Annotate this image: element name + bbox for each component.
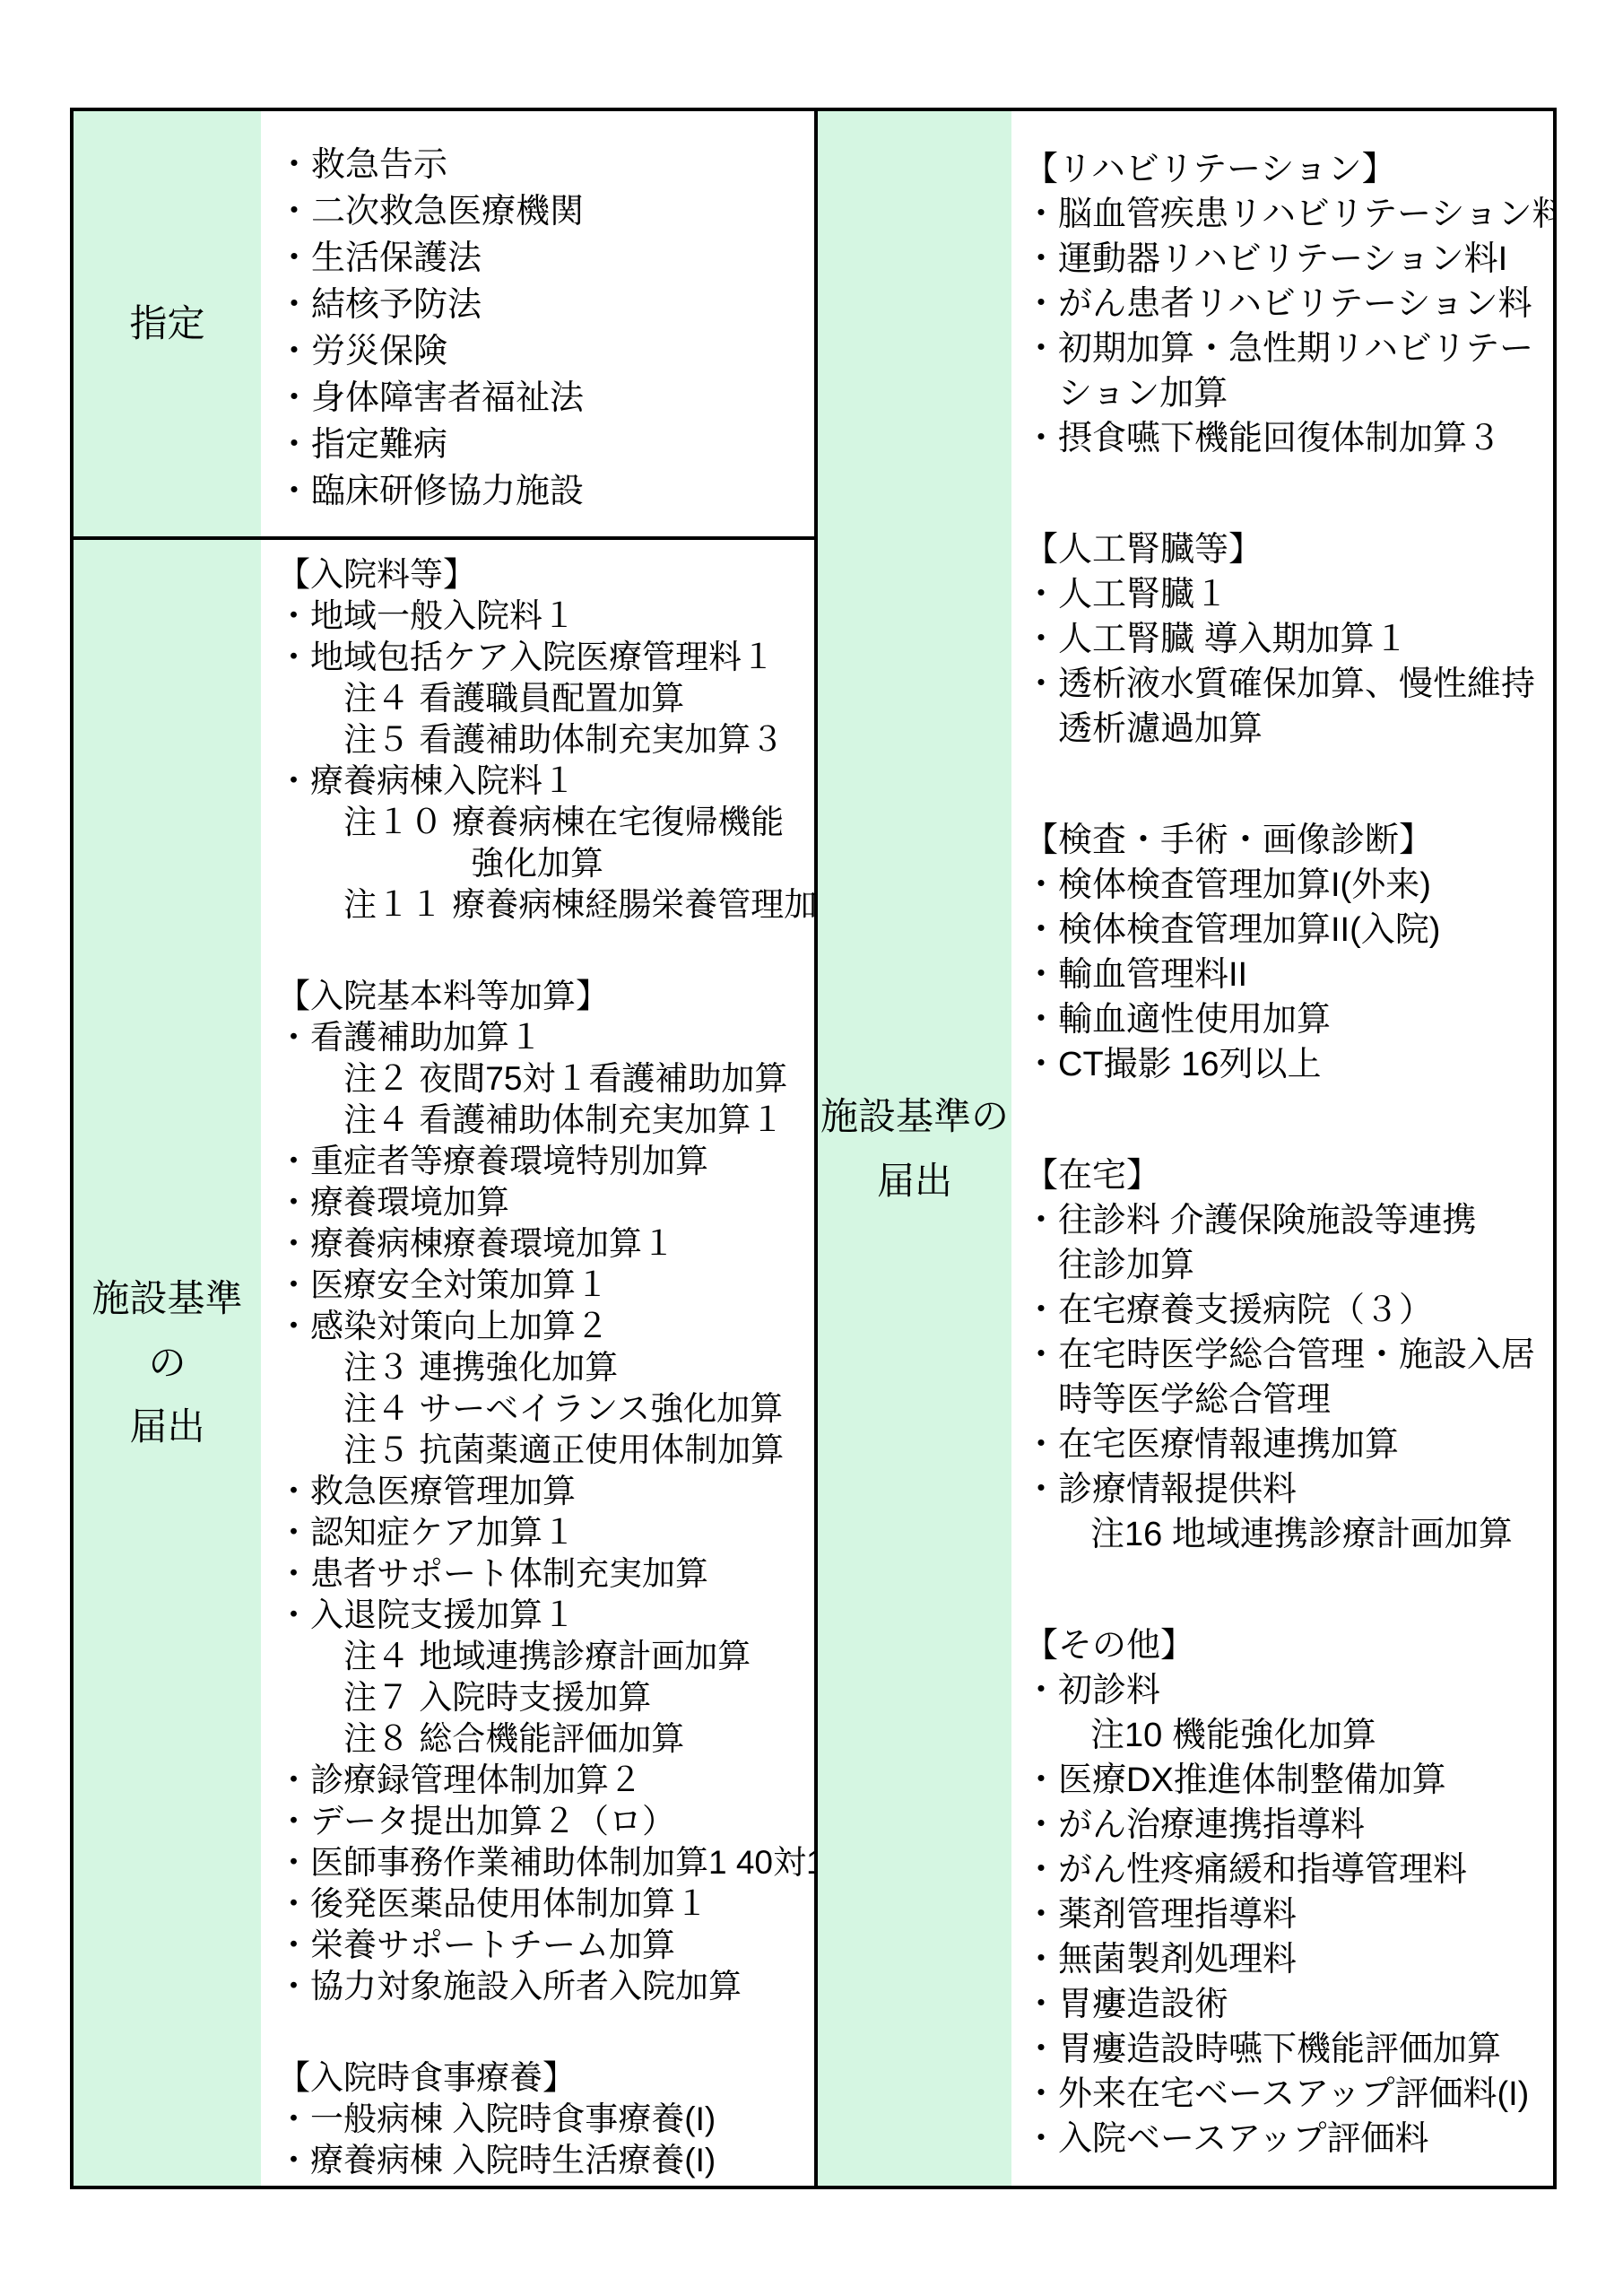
- list-line: ・検体検査管理加算I(外来): [1024, 863, 1553, 908]
- list-line: ・無菌製剤処理料: [1024, 1937, 1553, 1982]
- list-line: ・療養病棟 入院時生活療養(I): [277, 2140, 814, 2181]
- list-line: ・薬剤管理指導料: [1024, 1892, 1553, 1937]
- list-line: ・救急医療管理加算: [277, 1471, 814, 1512]
- list-line: ・胃瘻造設時嚥下機能評価加算: [1024, 2027, 1553, 2072]
- list-line: ・運動器リハビリテーション料I: [1024, 237, 1553, 282]
- list-line: ・CT撮影 16列以上: [1024, 1042, 1553, 1087]
- list-line: ・臨床研修協力施設: [277, 468, 814, 515]
- blank-line: [277, 926, 814, 976]
- list-line: 注７ 入院時支援加算: [277, 1677, 814, 1718]
- list-line: ・往診料 介護保険施設等連携: [1024, 1198, 1553, 1243]
- list-line: ・在宅医療情報連携加算: [1024, 1422, 1553, 1467]
- list-line: ・データ提出加算２（ロ）: [277, 1801, 814, 1842]
- list-line: 強化加算: [277, 843, 814, 884]
- list-line: ション加算: [1024, 371, 1553, 416]
- list-line: 注５ 抗菌薬適正使用体制加算: [277, 1430, 814, 1471]
- list-line: ・がん患者リハビリテーション料: [1024, 282, 1553, 326]
- list-line: 注５ 看護補助体制充実加算３: [277, 719, 814, 761]
- list-line: ・入院ベースアップ評価料: [1024, 2117, 1553, 2161]
- list-line: ・輸血管理料II: [1024, 952, 1553, 997]
- blank-line: [277, 2007, 814, 2057]
- list-line: ・栄養サポートチーム加算: [277, 1925, 814, 1966]
- list-line: ・入退院支援加算１: [277, 1595, 814, 1636]
- list-line: 往診加算: [1024, 1243, 1553, 1288]
- list-line: ・人工腎臓１: [1024, 572, 1553, 617]
- list-line: ・透析液水質確保加算、慢性維持: [1024, 662, 1553, 707]
- blank-line: [1024, 1557, 1553, 1623]
- list-line: 注８ 総合機能評価加算: [277, 1718, 814, 1760]
- list-line: ・医師事務作業補助体制加算1 40対1: [277, 1842, 814, 1883]
- list-line: ・療養病棟療養環境加算１: [277, 1223, 814, 1265]
- list-line: ・在宅時医学総合管理・施設入居: [1024, 1333, 1553, 1378]
- list-line: ・認知症ケア加算１: [277, 1512, 814, 1553]
- blank-line: [1024, 461, 1553, 527]
- list-line: 【人工腎臓等】: [1024, 527, 1553, 572]
- list-line: 注４ サーベイランス強化加算: [277, 1388, 814, 1430]
- list-line: ・看護補助加算１: [277, 1017, 814, 1058]
- list-line: ・救急告示: [277, 142, 814, 188]
- list-line: ・協力対象施設入所者入院加算: [277, 1966, 814, 2007]
- list-line: 注１１ 療養病棟経腸栄養管理加算: [277, 884, 814, 926]
- list-line: 【検査・手術・画像診断】: [1024, 818, 1553, 863]
- list-line: ・診療録管理体制加算２: [277, 1760, 814, 1801]
- list-line: ・生活保護法: [277, 235, 814, 282]
- list-line: 【入院時食事療養】: [277, 2057, 814, 2099]
- row-label-facility-standards-left: 施設基準の 届出: [74, 540, 261, 2186]
- list-line: ・輸血適性使用加算: [1024, 997, 1553, 1042]
- list-line: ・地域包括ケア入院医療管理料１: [277, 637, 814, 678]
- list-line: 【入院基本料等加算】: [277, 976, 814, 1017]
- facility-standards-table: 指定 ・救急告示・二次救急医療機関・生活保護法・結核予防法・労災保険・身体障害者…: [70, 108, 1557, 2189]
- list-line: 注２ 夜間75対１看護補助加算: [277, 1058, 814, 1100]
- list-line: ・摂食嚥下機能回復体制加算３: [1024, 416, 1553, 461]
- list-line: ・初期加算・急性期リハビリテー: [1024, 326, 1553, 371]
- list-line: ・身体障害者福祉法: [277, 375, 814, 422]
- list-line: ・がん性疼痛緩和指導管理料: [1024, 1848, 1553, 1892]
- designation-list: ・救急告示・二次救急医療機関・生活保護法・結核予防法・労災保険・身体障害者福祉法…: [261, 111, 818, 540]
- list-line: 注４ 看護補助体制充実加算１: [277, 1100, 814, 1141]
- list-line: ・地域一般入院料１: [277, 596, 814, 637]
- list-line: ・二次救急医療機関: [277, 188, 814, 235]
- list-line: ・医療安全対策加算１: [277, 1265, 814, 1306]
- list-line: ・がん治療連携指導料: [1024, 1803, 1553, 1848]
- list-line: ・診療情報提供料: [1024, 1467, 1553, 1512]
- blank-line: [1024, 752, 1553, 818]
- list-line: ・療養病棟入院料１: [277, 761, 814, 802]
- list-line: ・重症者等療養環境特別加算: [277, 1141, 814, 1182]
- list-line: ・在宅療養支援病院（３）: [1024, 1288, 1553, 1333]
- list-line: ・胃瘻造設術: [1024, 1982, 1553, 2027]
- list-line: 【リハビリテーション】: [1024, 147, 1553, 192]
- list-line: 注４ 看護職員配置加算: [277, 678, 814, 719]
- list-line: 注10 機能強化加算: [1024, 1713, 1553, 1758]
- list-line: ・後発医薬品使用体制加算１: [277, 1883, 814, 1925]
- facility-standards-list-right: 【リハビリテーション】・脳血管疾患リハビリテーション料II・運動器リハビリテーシ…: [1011, 111, 1553, 2186]
- list-line: ・初診料: [1024, 1668, 1553, 1713]
- list-line: ・一般病棟 入院時食事療養(I): [277, 2099, 814, 2140]
- list-line: ・療養環境加算: [277, 1182, 814, 1223]
- row-label-designation: 指定: [74, 111, 261, 540]
- row-label-facility-standards-right: 施設基準の 届出: [818, 111, 1011, 2186]
- list-line: 【入院料等】: [277, 554, 814, 596]
- list-line: 【その他】: [1024, 1623, 1553, 1668]
- list-line: 注３ 連携強化加算: [277, 1347, 814, 1388]
- list-line: ・患者サポート体制充実加算: [277, 1553, 814, 1595]
- list-line: ・検体検査管理加算II(入院): [1024, 908, 1553, 952]
- list-line: ・人工腎臓 導入期加算１: [1024, 617, 1553, 662]
- list-line: 注16 地域連携診療計画加算: [1024, 1512, 1553, 1557]
- list-line: 注４ 地域連携診療計画加算: [277, 1636, 814, 1677]
- facility-standards-list-left: 【入院料等】・地域一般入院料１・地域包括ケア入院医療管理料１注４ 看護職員配置加…: [261, 540, 818, 2186]
- list-line: ・指定難病: [277, 422, 814, 468]
- list-line: 時等医学総合管理: [1024, 1378, 1553, 1422]
- list-line: 透析濾過加算: [1024, 707, 1553, 752]
- list-line: ・脳血管疾患リハビリテーション料II: [1024, 192, 1553, 237]
- list-line: ・感染対策向上加算２: [277, 1306, 814, 1347]
- list-line: ・結核予防法: [277, 282, 814, 328]
- list-line: 注１０ 療養病棟在宅復帰機能: [277, 802, 814, 843]
- list-line: ・医療DX推進体制整備加算: [1024, 1758, 1553, 1803]
- blank-line: [1024, 1087, 1553, 1153]
- list-line: ・外来在宅ベースアップ評価料(I): [1024, 2072, 1553, 2117]
- list-line: 【在宅】: [1024, 1153, 1553, 1198]
- list-line: ・労災保険: [277, 328, 814, 375]
